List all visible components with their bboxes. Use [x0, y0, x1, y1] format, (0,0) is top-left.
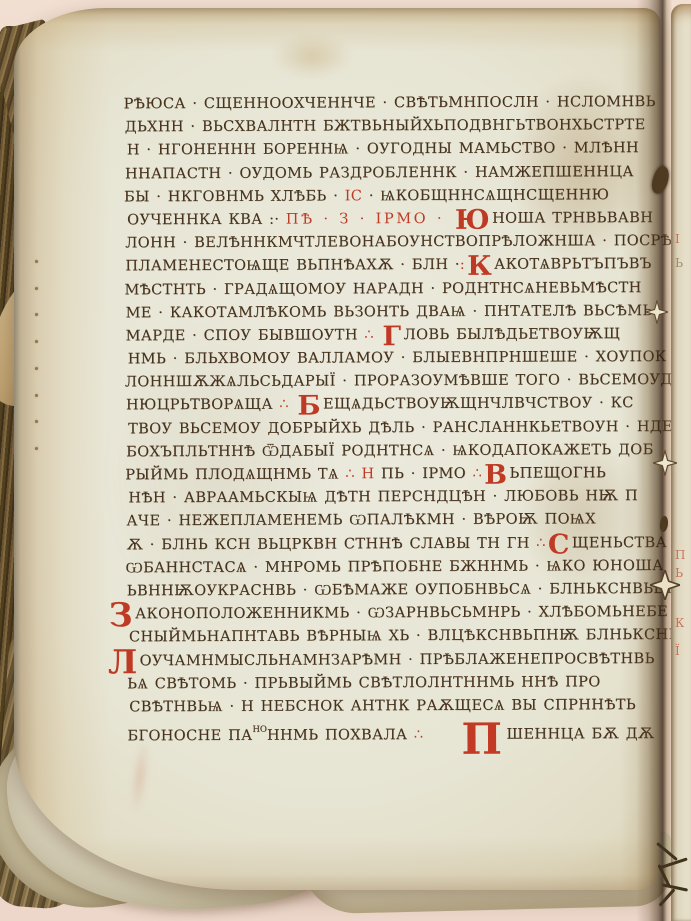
text-line: НЮЦРЬТВОРѦЩА ∴ БЕЩѦДЬСТВОУѬЩНЧЛВЧСТВОУ ·… [126, 392, 691, 418]
rubric-text: Н [361, 466, 381, 482]
rubric-text: ∴ [364, 327, 380, 343]
text-segment: НОША ТРНВЬВАВН [492, 210, 653, 227]
text-line: СВѢТНВЬѨ · Н НЕБСНОК АНТНК РАѪЩЕСѦ ВЫ СП… [129, 694, 691, 720]
text-segment: ПЬ · ІРМО [381, 466, 473, 482]
text-line: ЬВННѬОУКРАСНВЬ · ѠБѢМАЖЕ ОУПОБНВЬСѦ · БЛ… [127, 578, 691, 604]
text-line: ЛОННШѪЖѦЛЬСЬДАРЫЇ · ПРОРАЗОУМѢВШЕ ТОГО ·… [125, 369, 691, 395]
text-segment: НО [252, 725, 266, 735]
text-segment: СВѢТНВЬѨ · Н НЕБСНОК АНТНК РАѪЩЕСѦ ВЫ СП… [129, 697, 636, 715]
text-segment: · ѨКОБЩННСѦЩНСЩЕННЮ [362, 187, 609, 204]
rubric-text: ∴ [536, 535, 546, 551]
ruling-prick-holes [35, 260, 41, 450]
text-line: ДЬХНН · ВЬСХВАЛНТН БЖТВЬНЫЙХЬПОДВНГЬТВОН… [125, 114, 691, 140]
sewing-station [653, 450, 677, 476]
text-segment: НѢН · АВРААМЬСКЫѨ ДѢТН ПЕРСНДЦѢН · ЛЮБОВ… [128, 488, 638, 506]
text-line: ѠБАННСТАСѦ · МНРОМЬ ПРѢПОБНЕ БЖННМЬ · ѨК… [126, 554, 691, 580]
text-line: СНЫЙМЬНАПНТАВЬ ВѢРНЫѨ ХЬ · ВЛЦѢКСНВЬПНѬ … [129, 624, 691, 650]
text-line: МѢСТНТЬ · ГРАДѦЩОМОУ НАРАДН · РОДНТНСѦНЕ… [124, 276, 691, 302]
rubric-text: ∴ [414, 727, 424, 743]
text-segment: ЬВННѬОУКРАСНВЬ · ѠБѢМАЖЕ ОУПОБНВЬСѦ · БЛ… [127, 581, 691, 600]
text-segment: ѠБАННСТАСѦ · МНРОМЬ ПРѢПОБНЕ БЖННМЬ · ѨК… [126, 558, 691, 576]
text-segment: БГОНОСНЕ ПА [127, 728, 252, 745]
rubric-initial-letter: П [461, 715, 502, 765]
text-line: БЫ · НКГОВНМЬ ХЛѢБЬ · ІС · ѨКОБЩННСѦЩНСЩ… [124, 183, 691, 209]
text-segment: АКОТѦВРЬТЪПЪВЪ [494, 256, 652, 273]
text-segment: НЮЦРЬТВОРѦЩА [126, 397, 279, 414]
rubric-text: ∴ [279, 397, 295, 413]
text-segment: РЫЙМЬ ПЛОДѦЩНМЬ ТѦ [125, 466, 345, 483]
text-segment: Ѫ · БЛНЬ КСН ВЬЦРКВН СТННѢ СЛАВЫ ТН ГН [127, 535, 537, 553]
text-segment: ЛОНН · ВЕЛѢННКМЧТЛЕВОНАБОУНСТВОПРѢЛОЖНША… [125, 233, 672, 251]
text-line: ЬѦ СВѢТОМЬ · ПРЬВЫЙМЬ СВѢТЛОЛНТННМЬ ННѢ … [127, 670, 691, 696]
facing-page-text-fragment: П [675, 548, 685, 562]
text-line: Ѫ · БЛНЬ КСН ВЬЦРКВН СТННѢ СЛАВЫ ТН ГН ∴… [127, 531, 691, 557]
text-line: АЧЕ · НЕЖЕПЛАМЕНЕМЬ ѠПАЛѢКМН · ВѢРОѬ ПОѨ… [126, 508, 691, 534]
text-segment: ТВОУ ВЬСЕМОУ ДОБРЫЙХЬ ДѢЛЬ · РАНСЛАННКЬЕ… [128, 419, 683, 437]
text-line: ПЛАМЕНЕСТОѨЩЕ ВЬПНѢАХѪ · БЛН ·:КАКОТѦВРЬ… [125, 253, 691, 279]
parchment-page: РѢЮСА · СЩЕННООХЧЕННЧЕ · СВѢТЬМНПОСЛН · … [14, 8, 660, 890]
text-segment: ПЛАМЕНЕСТОѨЩЕ ВЬПНѢАХѪ · БЛН · [125, 257, 460, 274]
text-segment: МАРДЕ · СПОУ БЫВШОУТН [126, 327, 365, 344]
text-segment: МЕ · КАКОТАМЛѢКОМЬ ВЬЗОНТЬ ДВАѨ · ПНТАТЕ… [126, 303, 653, 321]
text-segment: ОУЧАМНМЫСЛЬНАМНЗАРѢМН · ПРѢБЛАЖЕНЕПРОСВѢ… [140, 651, 655, 669]
sewing-station [646, 300, 668, 324]
text-line: НѢН · АВРААМЬСКЫѨ ДѢТН ПЕРСНДЦѢН · ЛЮБОВ… [128, 485, 691, 511]
text-segment: ШЕННЦА БѪ ДѪ [506, 726, 654, 743]
text-segment: АКОНОПОЛОЖЕННИКМЬ · ѠЗАРНВЬСЬМНРЬ · ХЛѢБ… [135, 604, 668, 622]
text-segment: ННМЬ ПОХВАЛА [267, 727, 414, 744]
rubric-text: ІС [345, 188, 363, 204]
text-segment: АЧЕ · НЕЖЕПЛАМЕНЕМЬ ѠПАЛѢКМН · ВѢРОѬ ПОѨ… [126, 512, 596, 530]
manuscript-photo: РѢЮСА · СЩЕННООХЧЕННЧЕ · СВѢТЬМНПОСЛН · … [0, 0, 691, 921]
text-line: ТВОУ ВЬСЕМОУ ДОБРЫЙХЬ ДѢЛЬ · РАНСЛАННКЬЕ… [128, 415, 691, 441]
text-segment: СНЫЙМЬНАПНТАВЬ ВѢРНЫѨ ХЬ · ВЛЦѢКСНВЬПНѬ … [129, 627, 691, 646]
facing-page-text-fragment: Ї [675, 644, 680, 658]
facing-page-text-fragment: І [675, 232, 680, 246]
text-segment: ННАПАСТН · ОУДОМЬ РАЗДРОБЛЕННК · НАМЖЕПШ… [125, 164, 634, 182]
text-line: ЛОУЧАМНМЫСЛЬНАМНЗАРѢМН · ПРѢБЛАЖЕНЕПРОСВ… [126, 647, 691, 673]
facing-page-text-fragment: Ь [675, 256, 683, 270]
text-segment: ЬПЕЩОГНЬ [509, 465, 606, 481]
text-segment: БЫ · НКГОВНМЬ ХЛѢБЬ · [124, 188, 345, 205]
text-segment: ЛОННШѪЖѦЛЬСЬДАРЫЇ · ПРОРАЗОУМѢВШЕ ТОГО ·… [125, 372, 691, 391]
text-line: МЕ · КАКОТАМЛѢКОМЬ ВЬЗОНТЬ ДВАѨ · ПНТАТЕ… [125, 299, 691, 325]
text-segment: ЛОВЬ БЫЛѢДЬЕТВОУѬЩ [404, 326, 621, 343]
text-segment: МѢСТНТЬ · ГРАДѦЩОМОУ НАРАДН · РОДНТНСѦНЕ… [124, 280, 641, 298]
text-line: ННАПАСТН · ОУДОМЬ РАЗДРОБЛЕННК · НАМЖЕПШ… [125, 160, 691, 186]
text-segment: ДЬХНН · ВЬСХВАЛНТН БЖТВЬНЫЙХЬПОДВНГЬТВОН… [125, 117, 646, 135]
text-segment: НМЬ · БЛЬХВОМОУ ВАЛЛАМОУ · БЛЫЕВНПРНШЕШЕ… [128, 349, 667, 367]
text-line: ЗАКОНОПОЛОЖЕННИКМЬ · ѠЗАРНВЬСЬМНРЬ · ХЛѢ… [127, 601, 691, 627]
rubric-text: : [460, 257, 465, 273]
text-segment: ЬѦ СВѢТОМЬ · ПРЬВЫЙМЬ СВѢТЛОЛНТННМЬ ННѢ … [127, 674, 601, 692]
text-line: БГОНОСНЕ ПАНОННМЬ ПОХВАЛА ∴ПШЕННЦА БѪ ДѪ [127, 717, 691, 743]
binding-threads [652, 846, 691, 908]
text-segment: РѢЮСА · СЩЕННООХЧЕННЧЕ · СВѢТЬМНПОСЛН · … [124, 94, 656, 112]
text-line: НМЬ · БЛЬХВОМОУ ВАЛЛАМОУ · БЛЫЕВНПРНШЕШЕ… [128, 346, 691, 372]
text-segment: БОХЪПЛЬТННѢ ѾДАБЫЇ РОДНТНСѦ · ѨКОДАПОКАЖ… [126, 442, 654, 460]
text-segment: ОУЧЕННКА КВА :· [127, 212, 286, 229]
rubric-text: ∴ [345, 466, 361, 482]
text-line: МАРДЕ · СПОУ БЫВШОУТН ∴ ГЛОВЬ БЫЛѢДЬЕТВО… [126, 323, 691, 349]
text-segment: Н · НГОНЕННН БОРЕННѨ · ОУГОДНЫ МАМЬСТВО … [127, 140, 639, 158]
facing-page-text-fragment: К [675, 616, 684, 630]
stain [272, 34, 352, 78]
text-line: БОХЪПЛЬТННѢ ѾДАБЫЇ РОДНТНСѦ · ѨКОДАПОКАЖ… [126, 438, 691, 464]
text-segment: ЕЩѦДЬСТВОУѬЩНЧЛВЧСТВОУ · КС [323, 396, 634, 413]
text-line: ОУЧЕННКА КВА :· ПѢ · З · ІРМО · ЮНОША ТР… [127, 207, 691, 233]
rubric-text: ПѢ · З · ІРМО · [286, 211, 453, 228]
text-line: РѢЮСА · СЩЕННООХЧЕННЧЕ · СВѢТЬМНПОСЛН · … [124, 91, 691, 117]
text-block: РѢЮСА · СЩЕННООХЧЕННЧЕ · СВѢТЬМНПОСЛН · … [125, 91, 691, 743]
stain [127, 737, 152, 814]
sewing-station [650, 570, 680, 600]
rubric-text: ∴ [473, 466, 483, 482]
text-line: РЫЙМЬ ПЛОДѦЩНМЬ ТѦ ∴ Н ПЬ · ІРМО ∴ВЬПЕЩО… [125, 462, 691, 488]
text-line: ЛОНН · ВЕЛѢННКМЧТЛЕВОНАБОУНСТВОПРѢЛОЖНША… [125, 230, 691, 256]
text-line: Н · НГОНЕННН БОРЕННѨ · ОУГОДНЫ МАМЬСТВО … [127, 137, 691, 163]
